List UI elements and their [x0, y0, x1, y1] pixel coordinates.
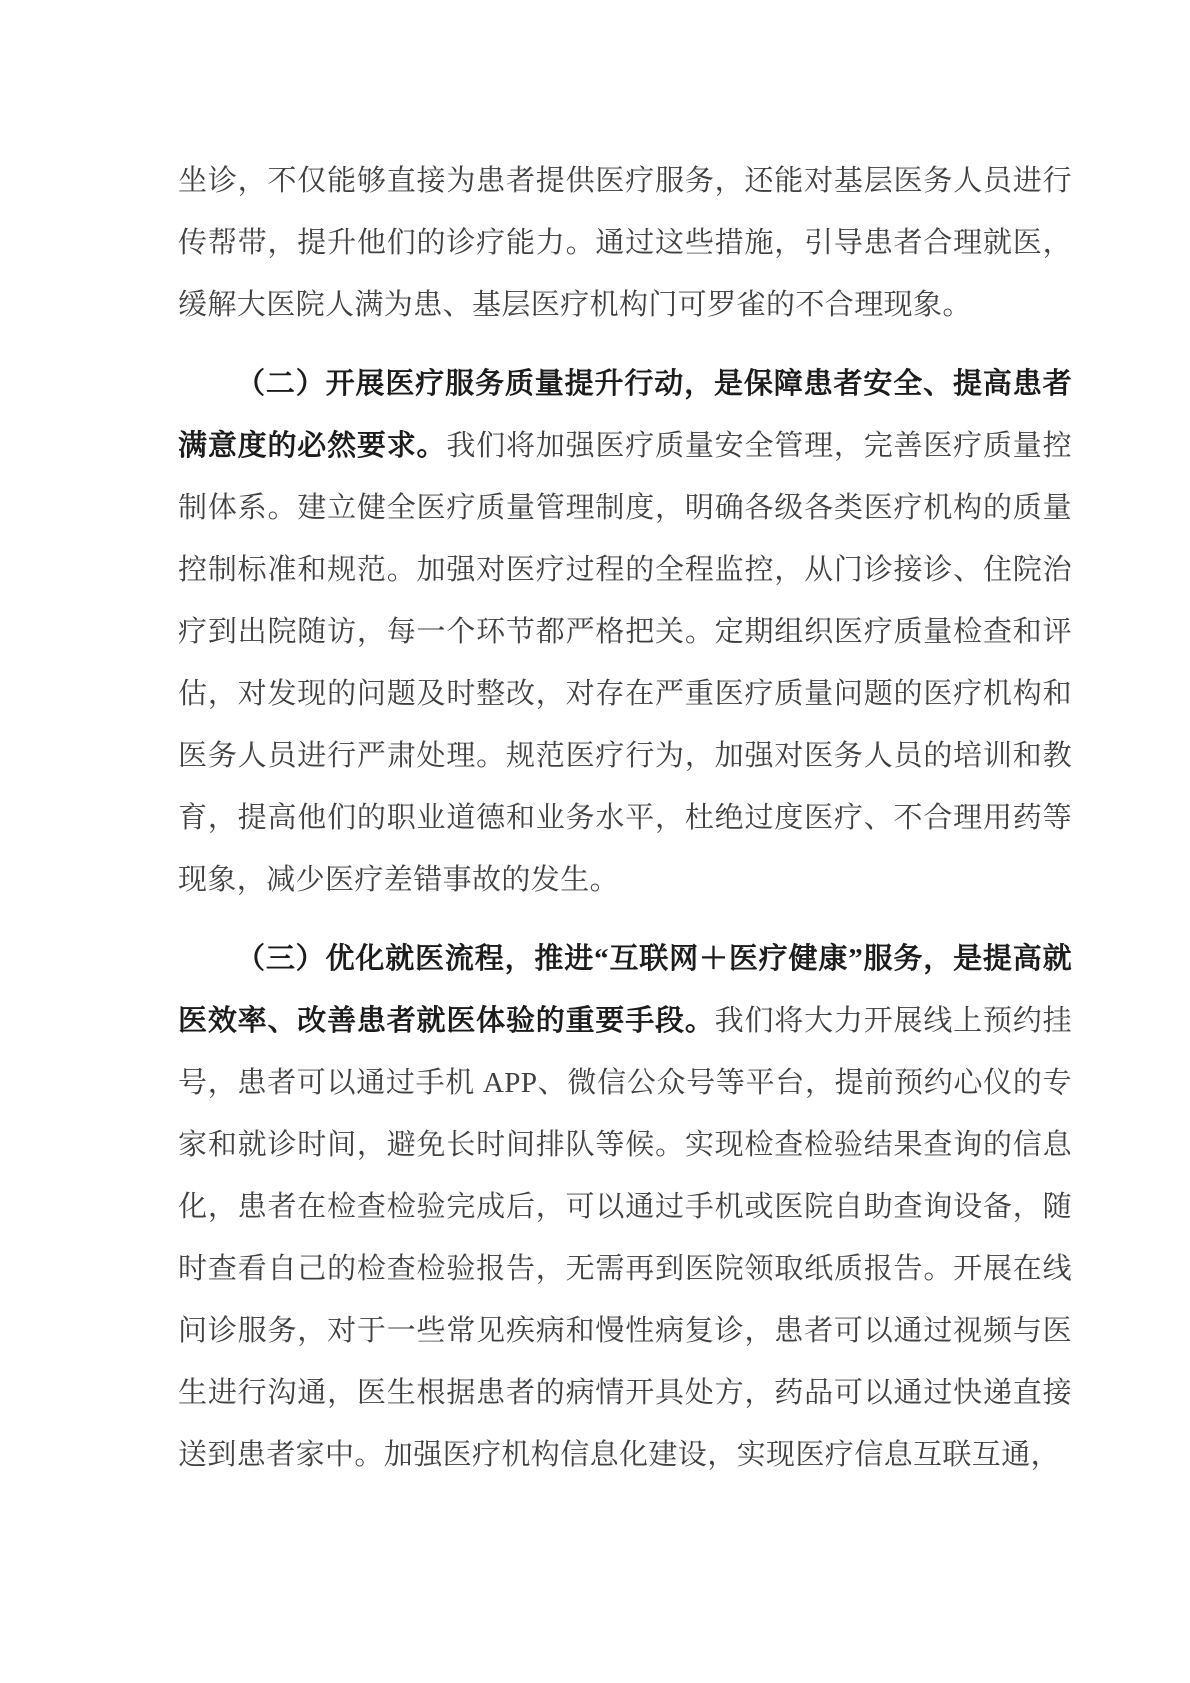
paragraph: （二）开展医疗服务质量提升行动，是保障患者安全、提高患者满意度的必然要求。我们将… — [178, 353, 1072, 911]
document-page: 坐诊，不仅能够直接为患者提供医疗服务，还能对基层医务人员进行传帮带，提升他们的诊… — [0, 0, 1190, 1683]
body-text-run: 我们将加强医疗质量安全管理，完善医疗质量控制体系。建立健全医疗质量管理制度，明确… — [178, 430, 1072, 896]
body-text-run: 我们将大力开展线上预约挂号，患者可以通过手机 APP、微信公众号等平台，提前预约… — [178, 1005, 1072, 1471]
paragraph: 坐诊，不仅能够直接为患者提供医疗服务，还能对基层医务人员进行传帮带，提升他们的诊… — [178, 150, 1072, 336]
paragraph: （三）优化就医流程，推进“互联网＋医疗健康”服务，是提高就医效率、改善患者就医体… — [178, 928, 1072, 1486]
document-body: 坐诊，不仅能够直接为患者提供医疗服务，还能对基层医务人员进行传帮带，提升他们的诊… — [178, 150, 1072, 1486]
body-text-run: 坐诊，不仅能够直接为患者提供医疗服务，还能对基层医务人员进行传帮带，提升他们的诊… — [178, 165, 1072, 321]
